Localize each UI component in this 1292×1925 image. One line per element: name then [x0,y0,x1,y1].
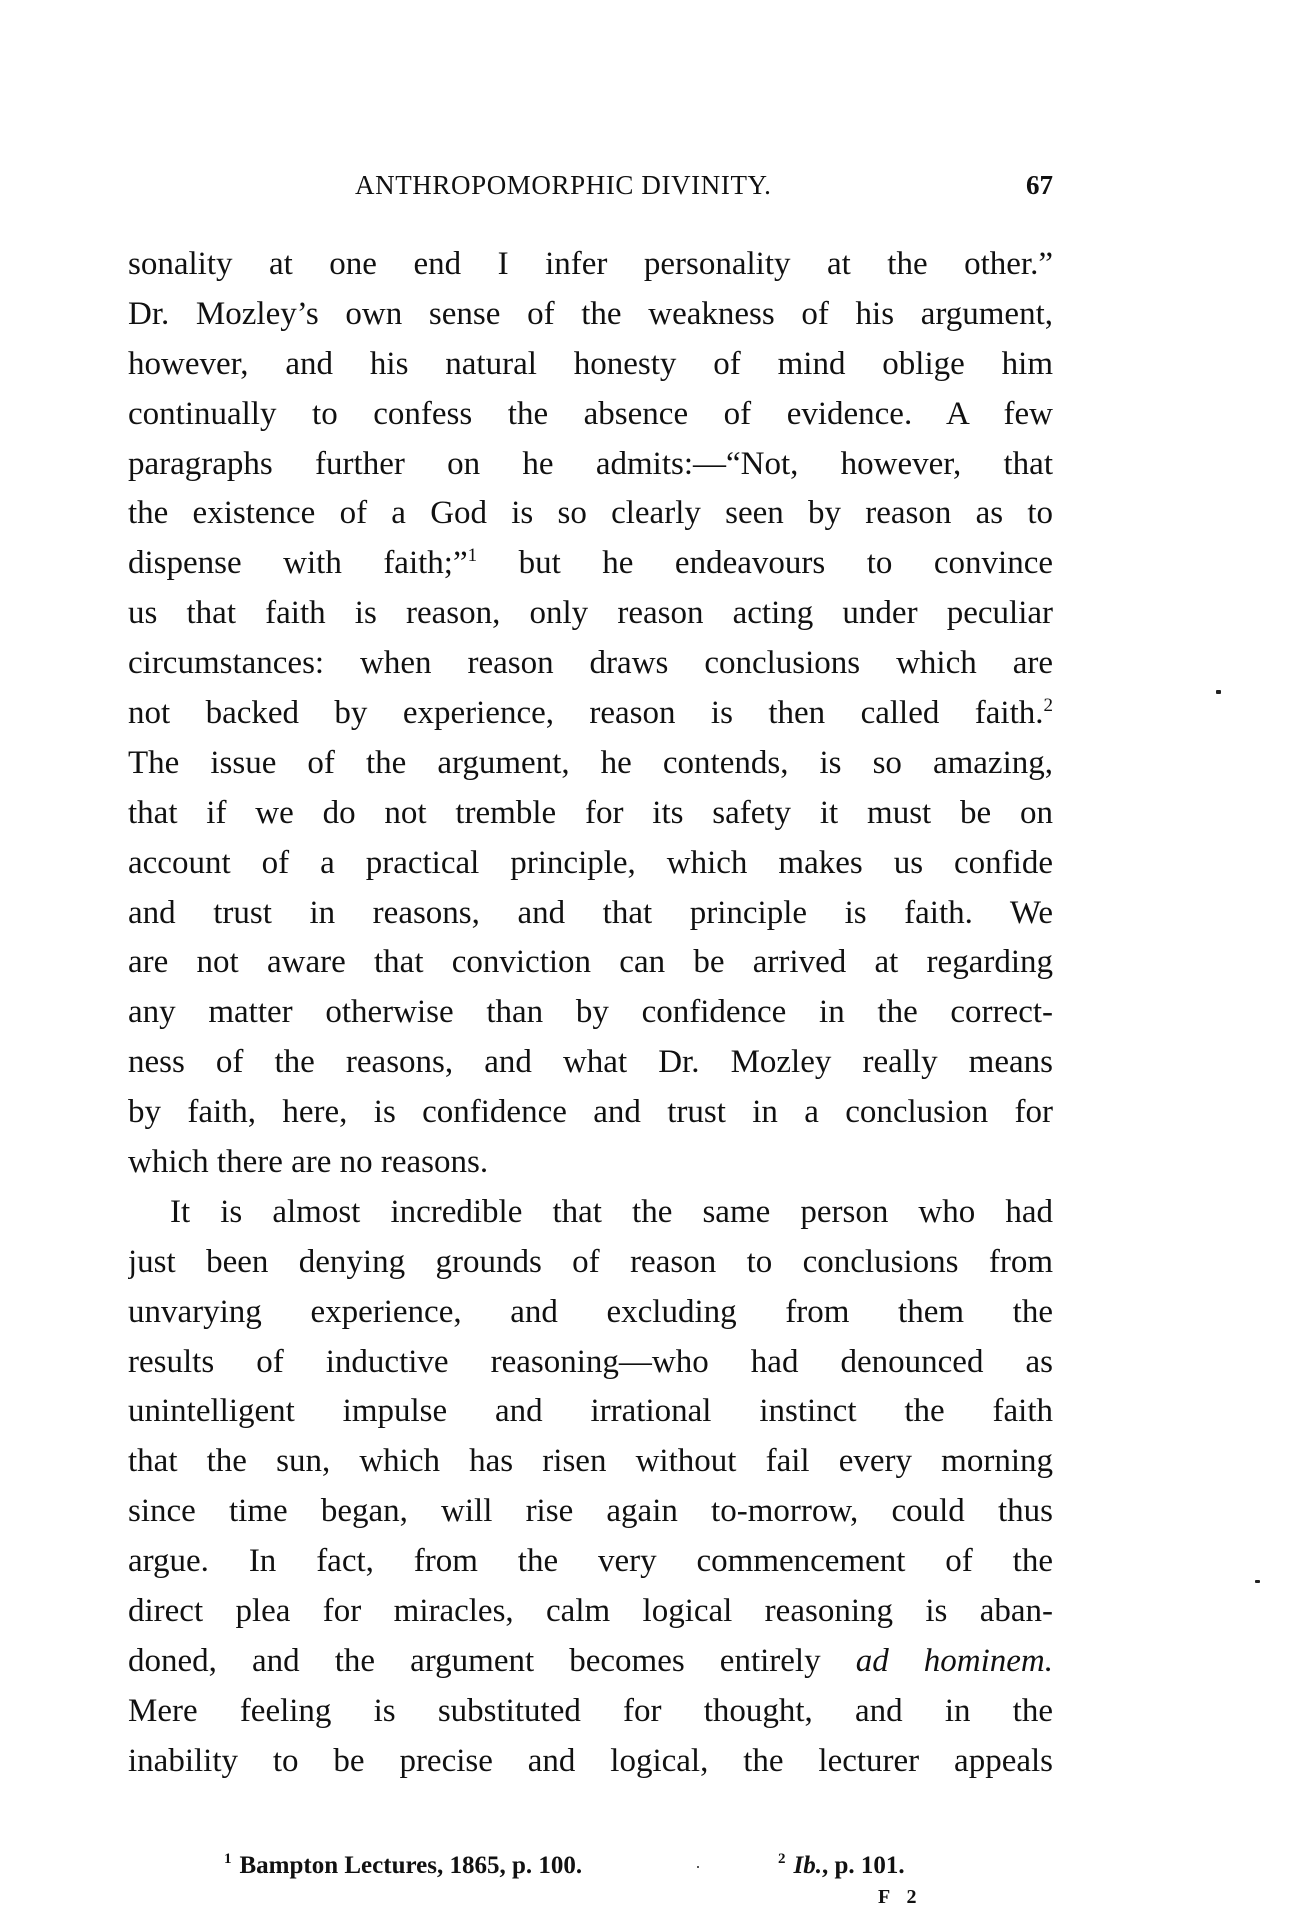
text-line: not backed by experience, reason is then… [128,689,1053,739]
footnote-1: 1Bampton Lectures, 1865, p. 100. [224,1846,582,1886]
footnote-text: Bampton Lectures, 1865, p. 100. [240,1852,583,1879]
running-head: ANTHROPOMORPHIC DIVINITY. 67 [128,165,1053,205]
signature-mark: F 2 [878,1882,922,1912]
text-line: The issue of the argument, he contends, … [128,739,1053,789]
page-number: 67 [1026,165,1053,205]
text-line: us that faith is reason, only reason act… [128,589,1053,639]
text-line: argue. In fact, from the very commenceme… [128,1537,1053,1587]
footnote-marker: 1 [224,1851,232,1867]
footnote-reference-2: 2 [1044,695,1054,716]
paragraph-continued: sonality at one end I infer personality … [128,240,1053,1188]
book-page: ANTHROPOMORPHIC DIVINITY. 67 sonality at… [0,0,1292,1925]
text-line: ness of the reasons, and what Dr. Mozley… [128,1038,1053,1088]
text-line: results of inductive reasoning—who had d… [128,1338,1053,1388]
text-line: inability to be precise and logical, the… [128,1737,1053,1787]
paragraph: It is almost incredible that the same pe… [128,1188,1053,1787]
footnote-italic: Ib. [794,1852,822,1879]
text-line: that if we do not tremble for its safety… [128,789,1053,839]
text-line: however, and his natural honesty of mind… [128,340,1053,390]
scan-speck [1255,1580,1260,1583]
text-line: Dr. Mozley’s own sense of the weakness o… [128,290,1053,340]
scan-speck [697,1866,699,1868]
text-line: and trust in reasons, and that principle… [128,889,1053,939]
text-line: that the sun, which has risen without fa… [128,1437,1053,1487]
text-line: just been denying grounds of reason to c… [128,1238,1053,1288]
text-line: the existence of a God is so clearly see… [128,489,1053,539]
footnote-marker: 2 [778,1851,786,1867]
text-line: which there are no reasons. [128,1138,1053,1188]
footnote-reference-1: 1 [468,545,478,566]
text-line: account of a practical principle, which … [128,839,1053,889]
text-line: unvarying experience, and excluding from… [128,1288,1053,1338]
footnote-text: , p. 101. [822,1852,905,1879]
running-title: ANTHROPOMORPHIC DIVINITY. [355,165,772,205]
body-text: sonality at one end I infer personality … [128,240,1053,1787]
italic-phrase: ad hominem. [856,1643,1053,1679]
scan-speck [1216,690,1221,694]
text-line: dispense with faith;”1 but he endeavours… [128,539,1053,589]
text-line: any matter otherwise than by confidence … [128,988,1053,1038]
footnotes: 1Bampton Lectures, 1865, p. 100. 2Ib., p… [0,1840,1292,1890]
text-line: paragraphs further on he admits:—“Not, h… [128,440,1053,490]
text-line: by faith, here, is confidence and trust … [128,1088,1053,1138]
text-line: circumstances: when reason draws conclus… [128,639,1053,689]
text-line: sonality at one end I infer personality … [128,240,1053,290]
text-line: are not aware that conviction can be arr… [128,938,1053,988]
text-line: continually to confess the absence of ev… [128,390,1053,440]
text-line: Mere feeling is substituted for thought,… [128,1687,1053,1737]
footnote-2: 2Ib., p. 101. [778,1846,905,1886]
text-line: It is almost incredible that the same pe… [128,1188,1053,1238]
text-line: direct plea for miracles, calm logical r… [128,1587,1053,1637]
text-line: since time began, will rise again to-mor… [128,1487,1053,1537]
text-line: unintelligent impulse and irrational ins… [128,1387,1053,1437]
text-line: doned, and the argument becomes entirely… [128,1637,1053,1687]
